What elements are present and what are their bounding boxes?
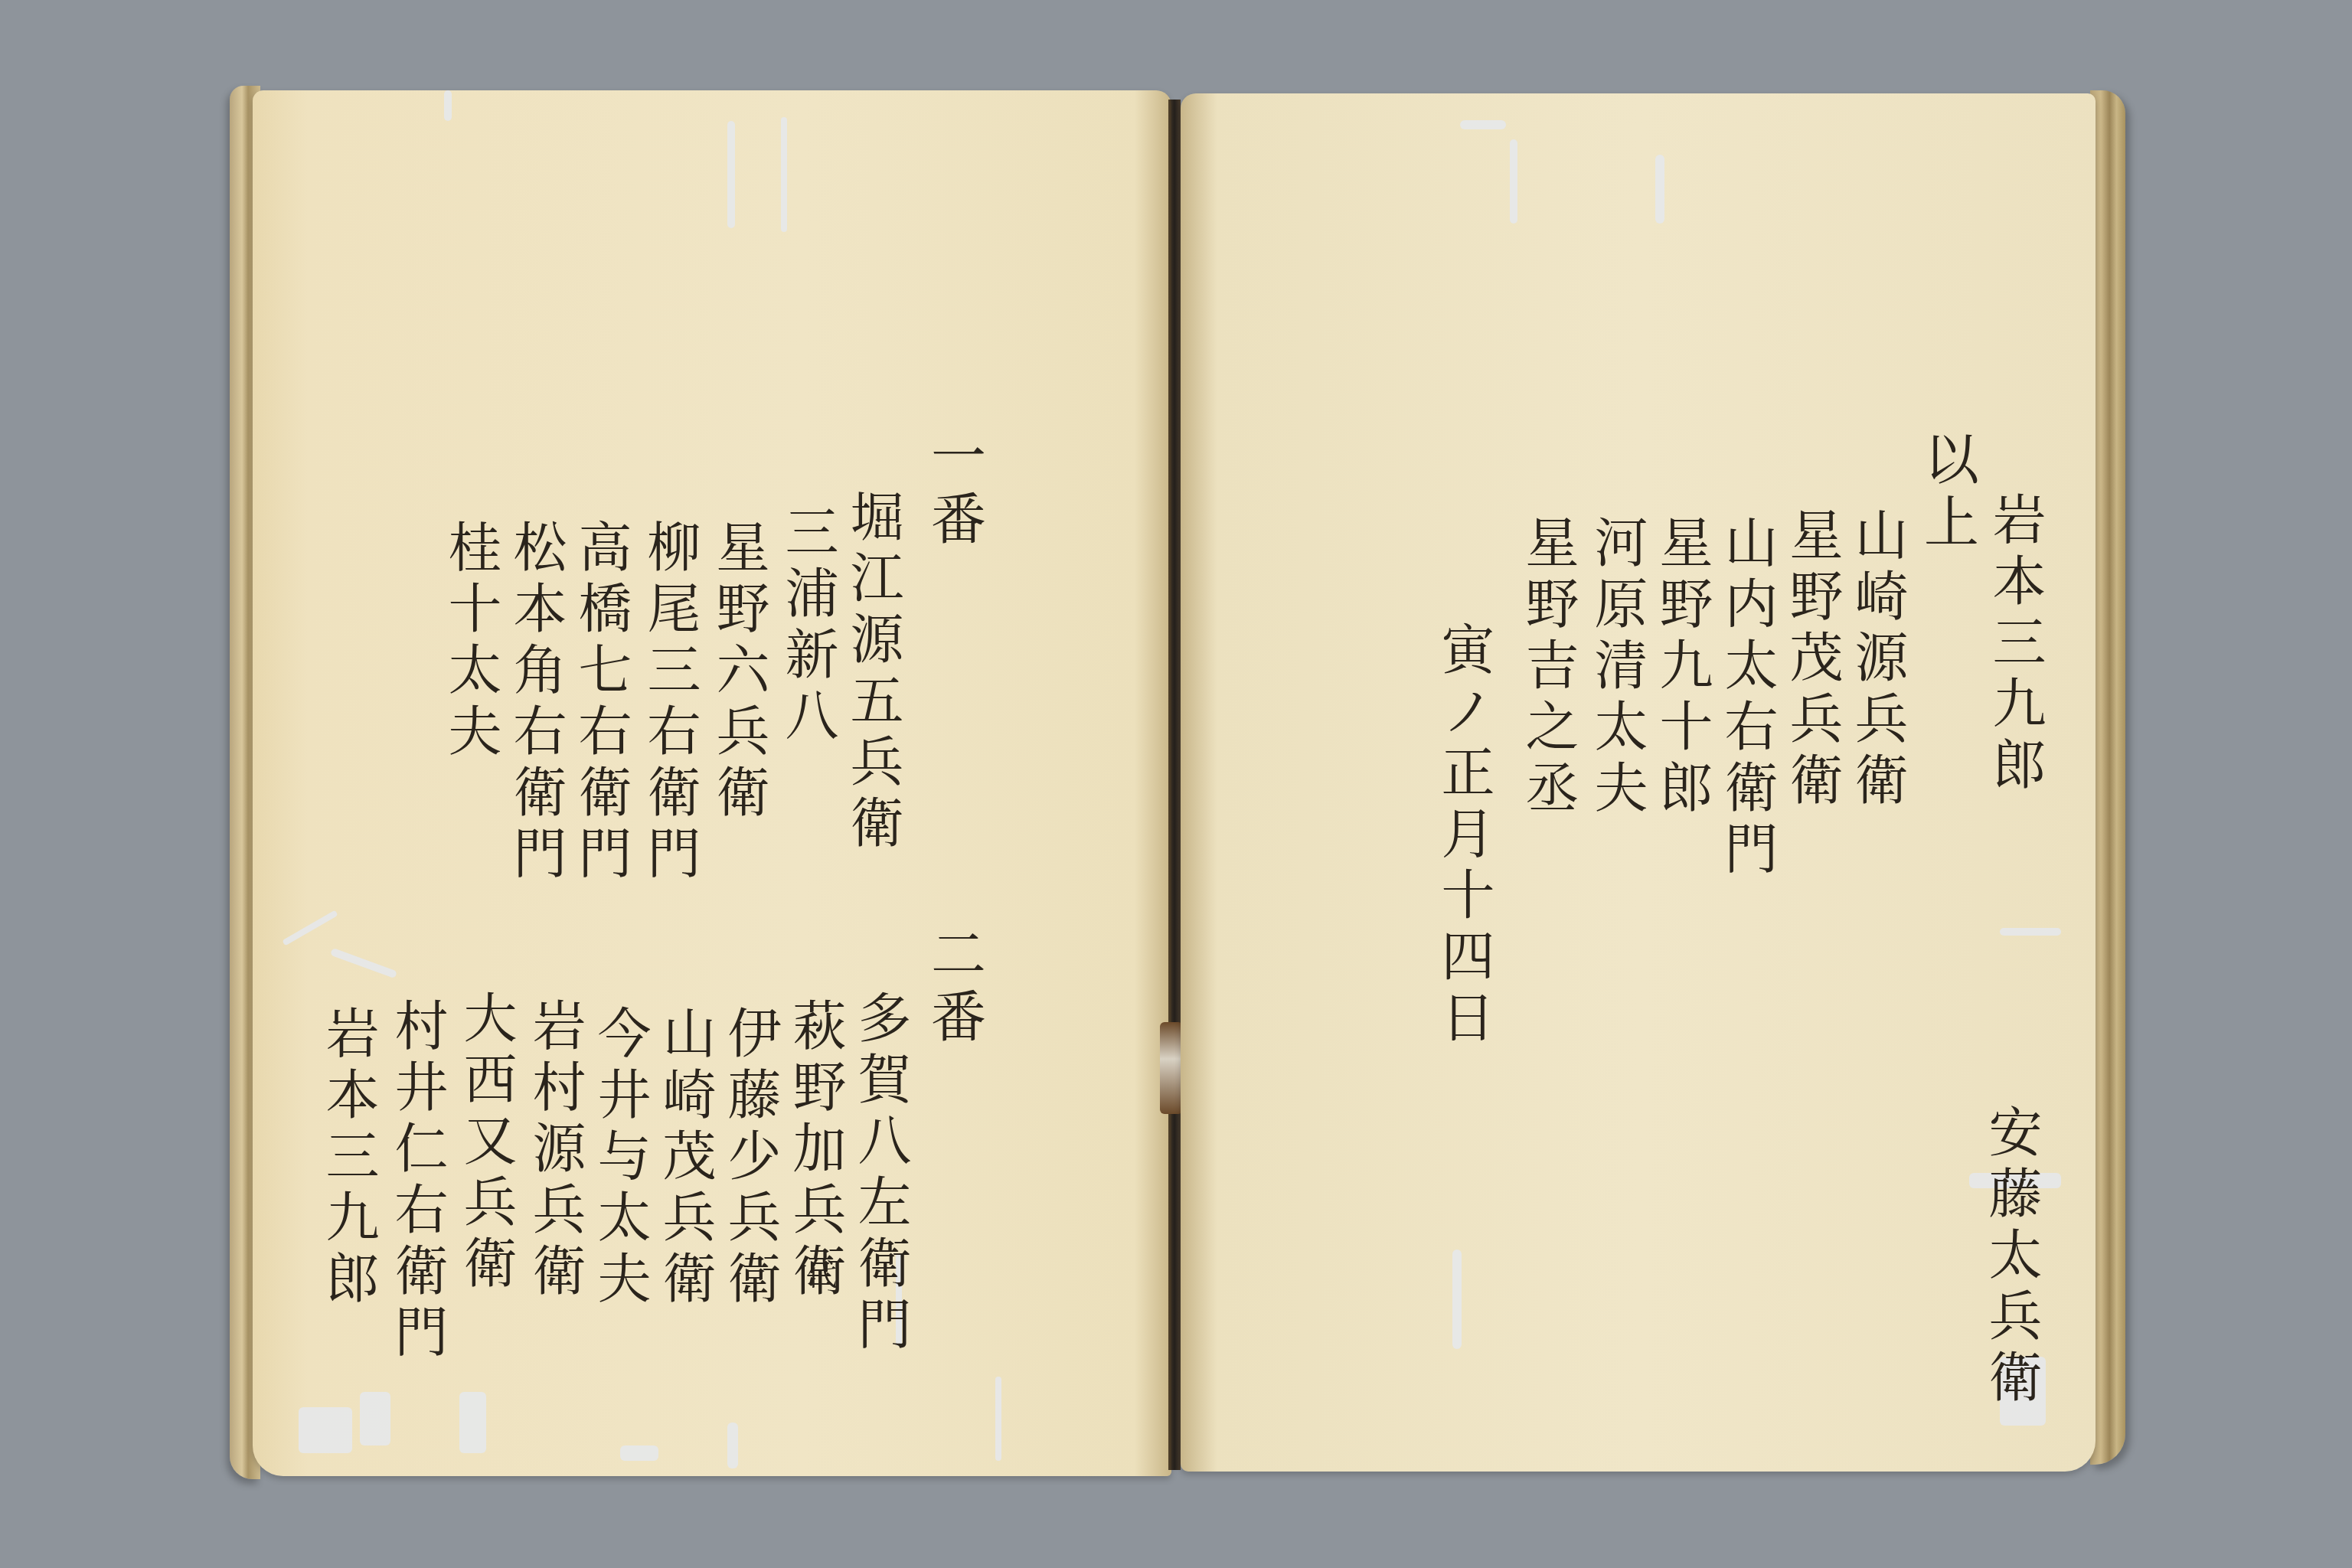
entry-1-2: 三浦新八 <box>781 504 835 749</box>
entry-2-6: 岩村源兵衛 <box>528 998 582 1304</box>
entry-2-5: 今井与太夫 <box>593 1005 647 1312</box>
paper-damage <box>360 1392 390 1445</box>
entry-1-6: 松本角右衛門 <box>509 519 563 887</box>
left-page: 一番 堀江源五兵衛 三浦新八 星野六兵衛 柳尾三右衛門 高橋七右衛門 松本角右衛… <box>253 90 1171 1476</box>
paper-damage <box>282 910 338 946</box>
entry-2-8: 村井仁右衛門 <box>390 998 444 1365</box>
paper-damage <box>995 1377 1001 1461</box>
entry-1-3: 星野六兵衛 <box>712 519 766 825</box>
entry-1-5: 高橋七右衛門 <box>574 519 628 887</box>
right-section-heading: 以上 <box>1919 430 1975 556</box>
paper-damage <box>1460 120 1506 129</box>
paper-damage <box>2000 928 2061 936</box>
paper-damage <box>727 121 735 228</box>
open-book: 一番 堀江源五兵衛 三浦新八 星野六兵衛 柳尾三右衛門 高橋七右衛門 松本角右衛… <box>0 0 2352 1568</box>
section-heading-1: 一番 <box>926 427 982 553</box>
paper-damage <box>330 948 397 978</box>
binding-thread <box>1160 1022 1183 1114</box>
paper-damage <box>620 1445 658 1461</box>
paper-damage <box>459 1392 486 1453</box>
right-entry-4: 山内太右衛門 <box>1720 514 1774 882</box>
annotation: 代 <box>804 1258 835 1296</box>
paper-damage <box>727 1423 738 1468</box>
paper-damage <box>1452 1249 1462 1349</box>
paper-damage <box>781 117 787 232</box>
paper-damage <box>299 1407 352 1453</box>
book-spine <box>1168 100 1181 1470</box>
paper-damage <box>1510 139 1517 224</box>
entry-2-9: 岩本三九郎 <box>322 1005 375 1312</box>
entry-2-7: 大西又兵衛 <box>459 990 513 1296</box>
entry-2-1: 多賀八左衛門 <box>854 990 907 1357</box>
date-line: 寅ノ正月十四日 <box>1437 622 1491 1050</box>
entry-1-4: 柳尾三右衛門 <box>643 519 697 887</box>
entry-1-1: 堀江源五兵衛 <box>846 488 900 856</box>
section-heading-2: 二番 <box>926 925 982 1050</box>
right-entry-1: 岩本三九郎 <box>1988 492 2042 798</box>
right-page: 岩本三九郎 以上 山崎源兵衛 星野茂兵衛 山内太右衛門 星野九十郎 河原清太夫 … <box>1181 93 2096 1472</box>
entry-1-7: 桂十太夫 <box>444 519 498 764</box>
right-entry-5: 星野九十郎 <box>1655 514 1709 821</box>
paper-damage <box>1655 155 1664 224</box>
right-entry-2: 山崎源兵衛 <box>1851 507 1904 813</box>
right-entry-3: 星野茂兵衛 <box>1785 507 1839 813</box>
entry-2-4: 山崎茂兵衛 <box>658 1005 712 1312</box>
paper-damage <box>444 90 452 121</box>
right-entry-7: 星野吉之丞 <box>1521 514 1575 821</box>
entry-2-3: 伊藤少兵衛 <box>724 1005 777 1312</box>
right-entry-6: 河原清太夫 <box>1590 514 1644 821</box>
signature: 安藤太兵衛 <box>1984 1104 2038 1410</box>
